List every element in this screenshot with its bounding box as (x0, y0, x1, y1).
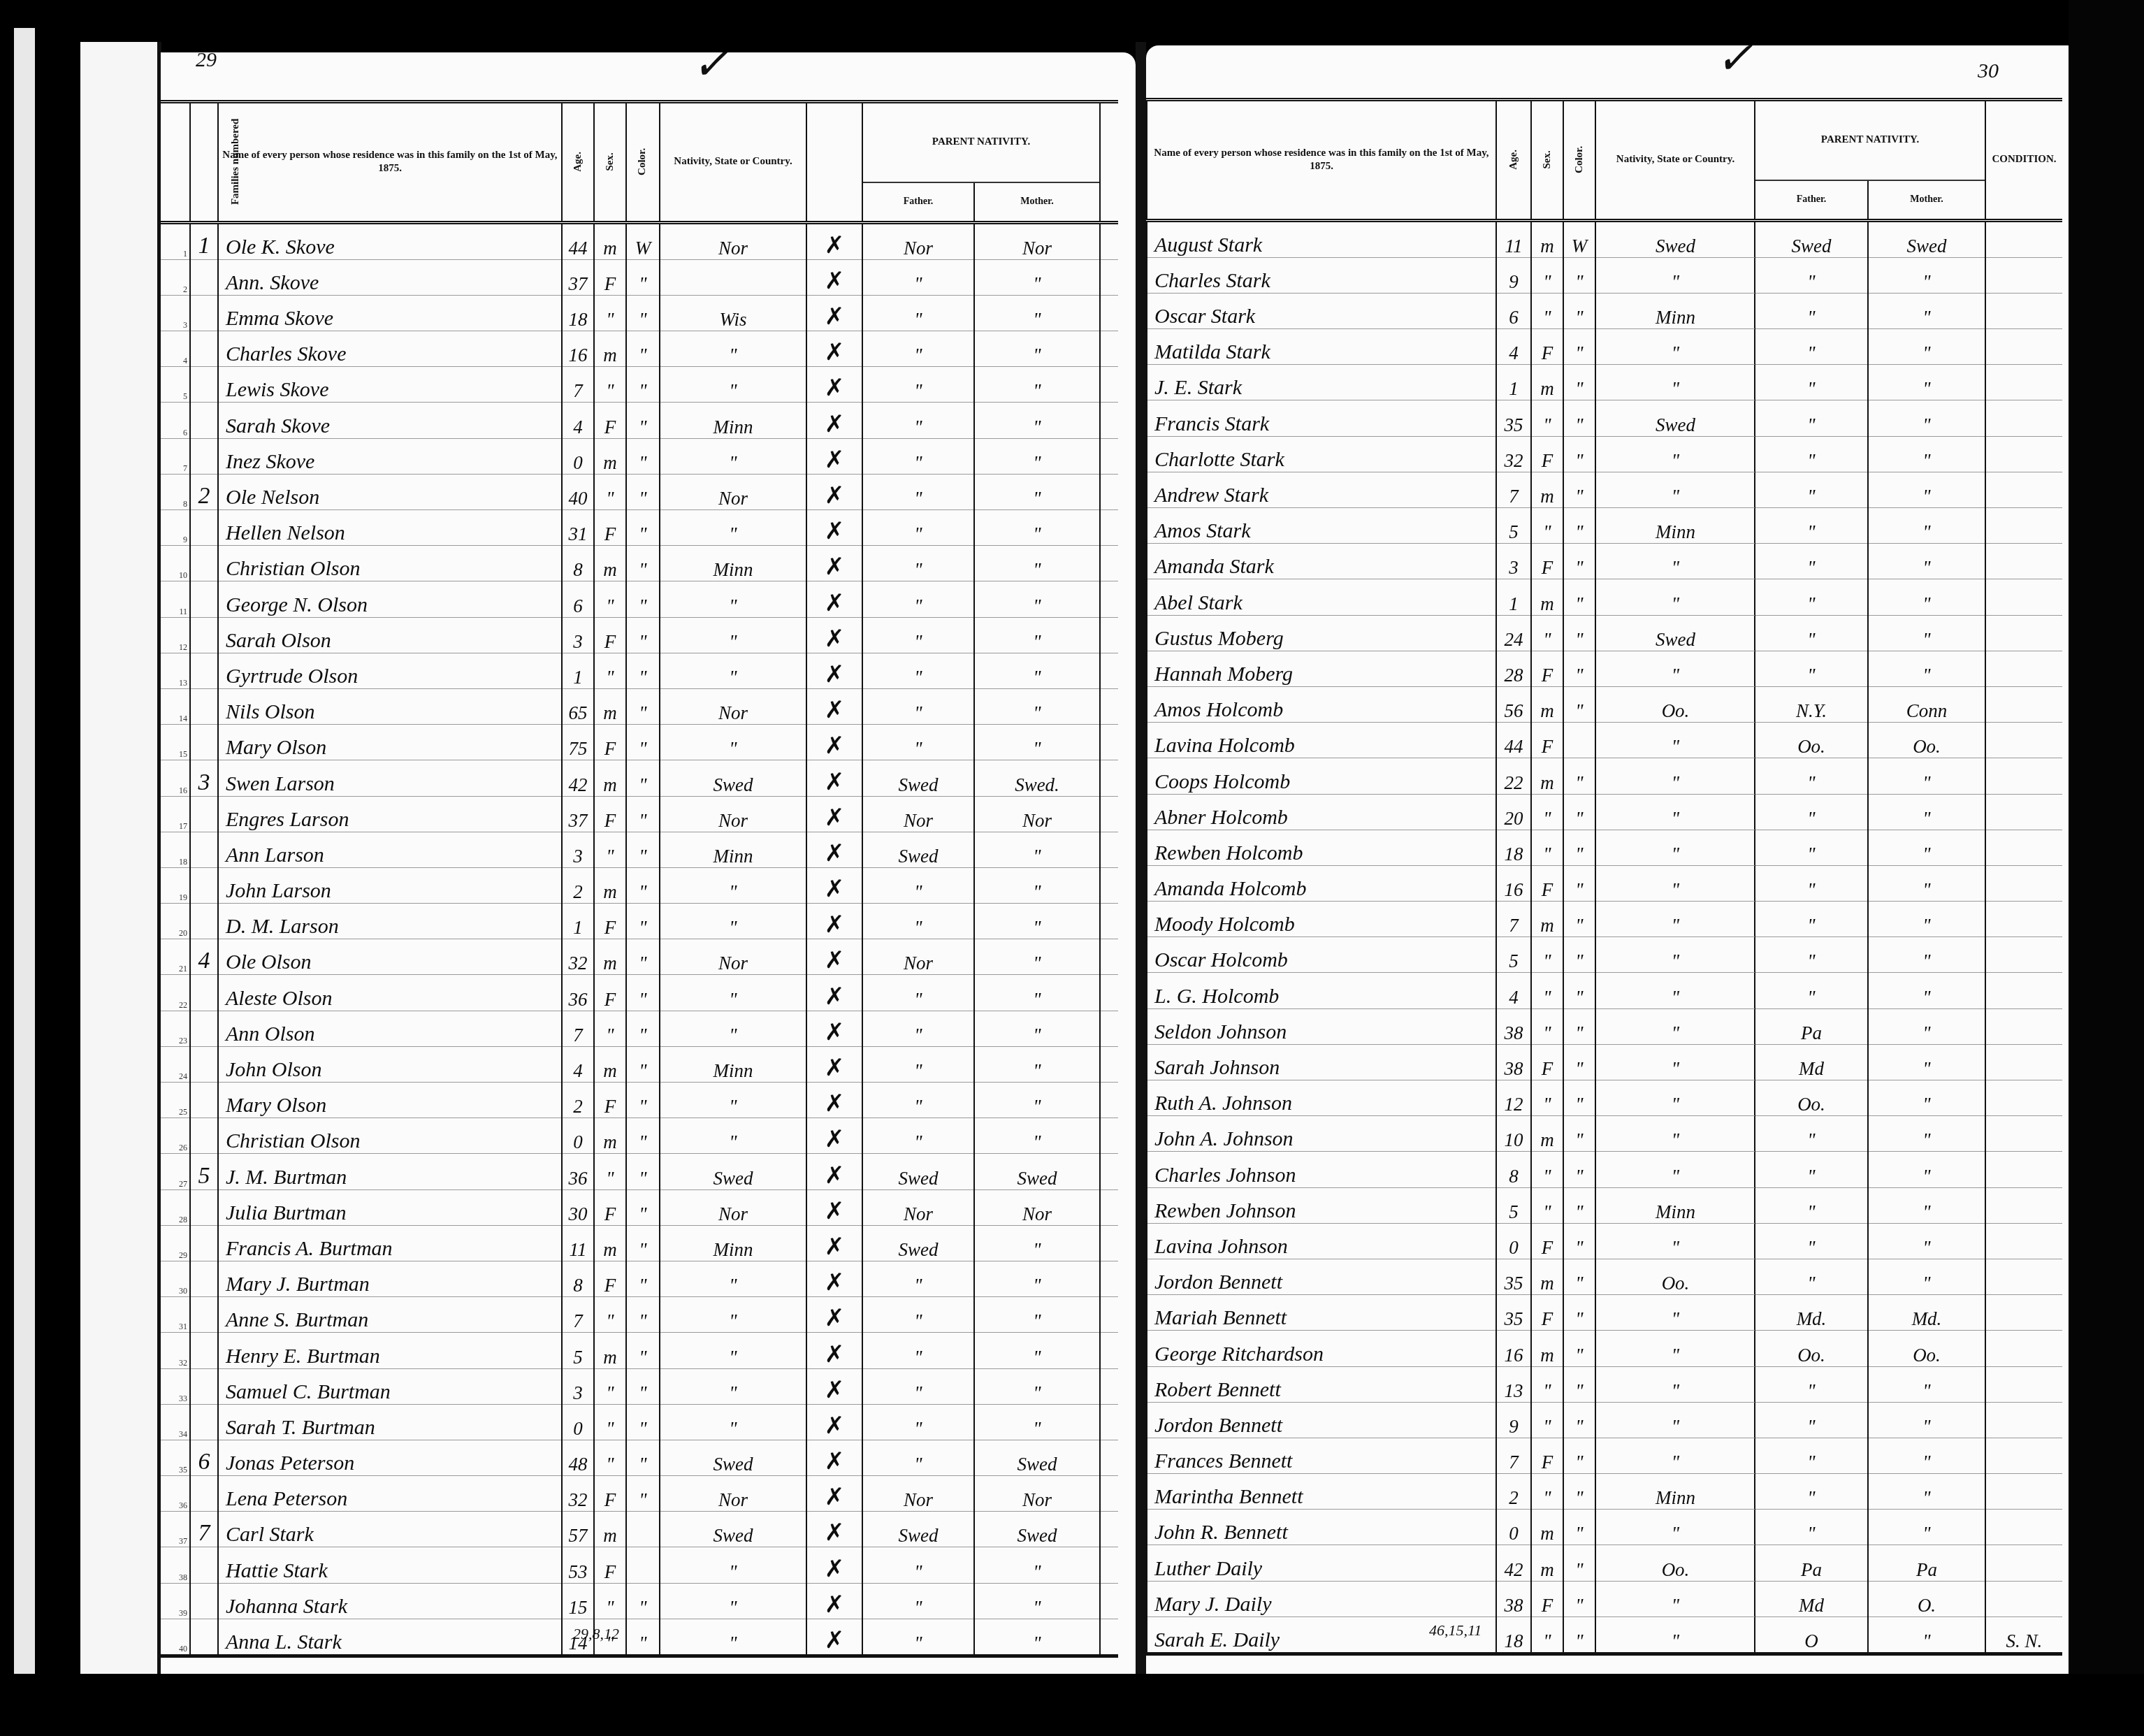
person-name: Anne S. Burtman (218, 1297, 562, 1333)
table-row: Gustus Moberg24""Swed✗"" (1147, 615, 2062, 651)
father-nativity: " (862, 1404, 974, 1440)
table-row: Coops Holcomb22m""✗"" (1147, 758, 2062, 794)
mother-nativity: Nor (974, 1476, 1100, 1512)
table-row: 33Samuel C. Burtman3"""✗"" (161, 1368, 1118, 1404)
age: 40 (562, 474, 594, 509)
father-nativity: " (1755, 1402, 1868, 1438)
color: " (1563, 1510, 1595, 1545)
condition (1985, 973, 2062, 1008)
line-number: 8 (161, 474, 190, 509)
condition: S. N. (1985, 1616, 2062, 1654)
age: 4 (562, 1046, 594, 1082)
line-number: 23 (161, 1011, 190, 1046)
color: " (1563, 508, 1595, 544)
blank-cell (1100, 1368, 1118, 1404)
age: 18 (1496, 1616, 1531, 1654)
mother-nativity: " (974, 1368, 1100, 1404)
father-nativity: " (862, 653, 974, 688)
tally-mark: ✗ (806, 367, 862, 403)
color: " (1563, 1080, 1595, 1116)
tally-mark: ✗ (806, 1154, 862, 1189)
condition (1985, 1545, 2062, 1581)
father-nativity: " (862, 725, 974, 760)
age: 8 (562, 546, 594, 581)
condition (1985, 686, 2062, 722)
line-number: 4 (161, 331, 190, 367)
nativity: " (1595, 1223, 1755, 1259)
nativity: " (1595, 1080, 1755, 1116)
nativity: Minn (660, 832, 806, 867)
color: " (626, 1476, 660, 1512)
nativity: " (1595, 865, 1755, 901)
nativity: " (660, 1333, 806, 1368)
sex: F (594, 510, 626, 546)
age: 7 (562, 1297, 594, 1333)
family-number (190, 1189, 218, 1225)
age: 0 (562, 1118, 594, 1154)
sex: F (1531, 865, 1563, 901)
person-name: Rewben Johnson (1147, 1187, 1496, 1223)
sex: " (1531, 973, 1563, 1008)
family-number (190, 295, 218, 331)
person-name: Lewis Skove (218, 367, 562, 403)
person-name: Seldon Johnson (1147, 1008, 1496, 1044)
condition (1985, 1080, 2062, 1116)
family-number (190, 1333, 218, 1368)
family-number (190, 259, 218, 295)
person-name: Charlotte Stark (1147, 436, 1496, 472)
line-number: 3 (161, 295, 190, 331)
mother-nativity: " (1868, 400, 1985, 436)
family-number: 7 (190, 1512, 218, 1547)
sex: m (1531, 1259, 1563, 1294)
person-name: Andrew Stark (1147, 472, 1496, 507)
color: " (1563, 544, 1595, 579)
nativity: " (1595, 1044, 1755, 1080)
sex: F (594, 1476, 626, 1512)
person-name: Francis Stark (1147, 400, 1496, 436)
mother-nativity: Nor (974, 796, 1100, 832)
blank-cell (1100, 1583, 1118, 1619)
table-row: 4Charles Skove16m""✗"" (161, 331, 1118, 367)
mother-nativity: " (1868, 508, 1985, 544)
blank-cell (1100, 1225, 1118, 1261)
col-sex: Sex. (1531, 100, 1563, 221)
age: 6 (1496, 293, 1531, 328)
age: 44 (1496, 723, 1531, 758)
col-color: Color. (626, 102, 660, 223)
table-row: 19John Larson2m""✗"" (161, 867, 1118, 903)
person-name: Mary Olson (218, 725, 562, 760)
condition (1985, 1438, 2062, 1473)
color: " (1563, 293, 1595, 328)
blank-cell (1100, 1547, 1118, 1583)
condition (1985, 651, 2062, 686)
color: " (1563, 436, 1595, 472)
nativity: Minn (660, 546, 806, 581)
color (1563, 723, 1595, 758)
mother-nativity: " (1868, 293, 1985, 328)
father-nativity: " (1755, 830, 1868, 865)
family-number (190, 1011, 218, 1046)
age: 2 (562, 867, 594, 903)
tally-mark: ✗ (806, 331, 862, 367)
col-name: Name of every person whose residence was… (218, 102, 562, 223)
age: 3 (562, 832, 594, 867)
age: 42 (1496, 1545, 1531, 1581)
condition (1985, 220, 2062, 257)
father-nativity: " (1755, 973, 1868, 1008)
blank-cell (1100, 403, 1118, 438)
mother-nativity: " (974, 1046, 1100, 1082)
age: 20 (1496, 794, 1531, 830)
person-name: Carl Stark (218, 1512, 562, 1547)
sex: m (1531, 758, 1563, 794)
father-nativity: " (1755, 293, 1868, 328)
condition (1985, 1366, 2062, 1402)
blank-cell (1100, 1512, 1118, 1547)
blank-cell (1100, 1011, 1118, 1046)
color: " (1563, 651, 1595, 686)
father-nativity: " (1755, 436, 1868, 472)
table-row: 29Francis A. Burtman11m"Minn✗Swed" (161, 1225, 1118, 1261)
person-name: Abner Holcomb (1147, 794, 1496, 830)
tally-mark: ✗ (806, 1368, 862, 1404)
sex: " (1531, 1366, 1563, 1402)
nativity: " (660, 1297, 806, 1333)
color: " (1563, 758, 1595, 794)
family-number (190, 1083, 218, 1118)
color: " (1563, 830, 1595, 865)
nativity: Minn (1595, 1474, 1755, 1510)
color: " (626, 510, 660, 546)
person-name: L. G. Holcomb (1147, 973, 1496, 1008)
color: " (626, 1011, 660, 1046)
mother-nativity: " (1868, 544, 1985, 579)
person-name: Amanda Holcomb (1147, 865, 1496, 901)
mother-nativity: " (1868, 365, 1985, 400)
mother-nativity: " (974, 295, 1100, 331)
father-nativity: " (1755, 1474, 1868, 1510)
father-nativity: Swed (862, 760, 974, 796)
nativity: " (660, 725, 806, 760)
age: 16 (562, 331, 594, 367)
condition (1985, 400, 2062, 436)
tally-mark: ✗ (806, 1333, 862, 1368)
family-number (190, 1046, 218, 1082)
person-name: Moody Holcomb (1147, 902, 1496, 937)
line-number: 38 (161, 1547, 190, 1583)
family-number (190, 581, 218, 617)
mother-nativity: Md. (1868, 1295, 1985, 1331)
nativity: " (660, 1583, 806, 1619)
person-name: John A. Johnson (1147, 1116, 1496, 1152)
table-row: 40Anna L. Stark14"""✗"" (161, 1619, 1118, 1656)
person-name: Gyrtrude Olson (218, 653, 562, 688)
sex: m (1531, 1545, 1563, 1581)
condition (1985, 257, 2062, 293)
color: " (626, 617, 660, 653)
person-name: John Larson (218, 867, 562, 903)
tally-mark: ✗ (806, 653, 862, 688)
person-name: Sarah Skove (218, 403, 562, 438)
color: " (626, 259, 660, 295)
nativity: " (1595, 1616, 1755, 1654)
nativity: " (660, 438, 806, 474)
table-row: 24John Olson4m"Minn✗"" (161, 1046, 1118, 1082)
tally-mark: ✗ (806, 796, 862, 832)
color: " (1563, 1474, 1595, 1510)
line-number: 19 (161, 867, 190, 903)
table-row: Mariah Bennett35F""✗Md.Md. (1147, 1295, 2062, 1331)
nativity: " (1595, 436, 1755, 472)
sex: " (594, 1440, 626, 1475)
blank-cell (1100, 510, 1118, 546)
color: " (626, 796, 660, 832)
person-name: Gustus Moberg (1147, 615, 1496, 651)
table-row: John R. Bennett0m""✗"" (1147, 1510, 2062, 1545)
nativity: " (660, 1118, 806, 1154)
color: " (1563, 1366, 1595, 1402)
col-condition: CONDITION. (1985, 100, 2062, 221)
sex: " (594, 474, 626, 509)
age: 31 (562, 510, 594, 546)
mother-nativity: " (1868, 1474, 1985, 1510)
mother-nativity: Swed (974, 1154, 1100, 1189)
mother-nativity: " (1868, 902, 1985, 937)
mother-nativity: " (1868, 758, 1985, 794)
father-nativity: Swed (862, 1154, 974, 1189)
age: 38 (1496, 1008, 1531, 1044)
blank-cell (1100, 1046, 1118, 1082)
col-father: Father. (862, 182, 974, 223)
nativity: " (1595, 830, 1755, 865)
nativity: Swed (1595, 220, 1755, 257)
father-nativity: " (1755, 1152, 1868, 1187)
father-nativity: " (1755, 758, 1868, 794)
table-row: Marintha Bennett2""Minn✗"" (1147, 1474, 2062, 1510)
father-nativity: Md (1755, 1044, 1868, 1080)
sex: " (1531, 1187, 1563, 1223)
nativity: Swed (1595, 615, 1755, 651)
table-row: Oscar Stark6""Minn✗"" (1147, 293, 2062, 328)
mother-nativity: " (1868, 1438, 1985, 1473)
tally-mark: ✗ (806, 546, 862, 581)
sex: m (594, 760, 626, 796)
father-nativity: " (1755, 1438, 1868, 1473)
color: " (626, 1440, 660, 1475)
person-name: Samuel C. Burtman (218, 1368, 562, 1404)
condition (1985, 1402, 2062, 1438)
nativity: " (1595, 723, 1755, 758)
family-number (190, 617, 218, 653)
sex: m (594, 331, 626, 367)
mother-nativity: " (974, 259, 1100, 295)
age: 32 (1496, 436, 1531, 472)
col-families: Families numbered (190, 102, 218, 223)
sex: m (1531, 686, 1563, 722)
sex: " (594, 1297, 626, 1333)
blank-cell (1100, 1333, 1118, 1368)
family-number (190, 403, 218, 438)
nativity: Minn (1595, 1187, 1755, 1223)
color: " (626, 832, 660, 867)
col-color: Color. (1563, 100, 1595, 221)
age: 7 (1496, 472, 1531, 507)
nativity: " (660, 1083, 806, 1118)
mother-nativity: " (974, 1619, 1100, 1656)
mother-nativity: " (974, 1583, 1100, 1619)
tally-mark: ✗ (806, 1476, 862, 1512)
mother-nativity: Conn (1868, 686, 1985, 722)
color: " (1563, 937, 1595, 973)
table-row: 20D. M. Larson1F""✗"" (161, 904, 1118, 939)
nativity: Minn (660, 403, 806, 438)
condition (1985, 1331, 2062, 1366)
person-name: Mary J. Burtman (218, 1261, 562, 1296)
sex: " (1531, 400, 1563, 436)
age: 2 (1496, 1474, 1531, 1510)
father-nativity: " (1755, 615, 1868, 651)
tally-mark: ✗ (806, 1440, 862, 1475)
person-name: Engres Larson (218, 796, 562, 832)
age: 35 (1496, 1295, 1531, 1331)
sex: " (594, 295, 626, 331)
tally-mark: ✗ (806, 222, 862, 259)
color: " (626, 1118, 660, 1154)
family-number (190, 1547, 218, 1583)
nativity: " (660, 510, 806, 546)
tally-mark: ✗ (806, 1583, 862, 1619)
sex: " (594, 1583, 626, 1619)
age: 3 (562, 1368, 594, 1404)
line-number: 9 (161, 510, 190, 546)
sex: F (594, 975, 626, 1011)
age: 16 (1496, 1331, 1531, 1366)
family-number (190, 832, 218, 867)
father-nativity: " (1755, 508, 1868, 544)
color: " (626, 474, 660, 509)
sex: F (594, 1083, 626, 1118)
nativity: " (660, 367, 806, 403)
mother-nativity: " (974, 832, 1100, 867)
footer-note: 46,15,11 (1429, 1621, 1482, 1640)
line-number: 18 (161, 832, 190, 867)
color: " (626, 331, 660, 367)
color: " (626, 1261, 660, 1296)
family-number (190, 1404, 218, 1440)
condition (1985, 865, 2062, 901)
person-name: Amos Holcomb (1147, 686, 1496, 722)
color: " (1563, 973, 1595, 1008)
sex: m (594, 1225, 626, 1261)
table-row: Sarah E. Daily18"""✗O"S. N. (1147, 1616, 2062, 1654)
age: 5 (1496, 1187, 1531, 1223)
nativity: " (1595, 1295, 1755, 1331)
blank-cell (1100, 725, 1118, 760)
age: 4 (1496, 329, 1531, 365)
table-row: Amanda Stark3F""✗"" (1147, 544, 2062, 579)
sex: F (1531, 651, 1563, 686)
age: 24 (1496, 615, 1531, 651)
col-father: Father. (1755, 180, 1868, 221)
mother-nativity: " (974, 725, 1100, 760)
color: " (626, 295, 660, 331)
father-nativity: " (862, 474, 974, 509)
condition (1985, 472, 2062, 507)
sex: m (1531, 1510, 1563, 1545)
blank-cell (1100, 760, 1118, 796)
mother-nativity: " (974, 653, 1100, 688)
nativity: " (660, 617, 806, 653)
blank-cell (1100, 1189, 1118, 1225)
sex: " (594, 1154, 626, 1189)
condition (1985, 1008, 2062, 1044)
sex: m (594, 688, 626, 724)
col-mother: Mother. (974, 182, 1100, 223)
line-number: 2 (161, 259, 190, 295)
person-name: Christian Olson (218, 1118, 562, 1154)
age: 57 (562, 1512, 594, 1547)
table-row: Matilda Stark4F""✗"" (1147, 329, 2062, 365)
age: 9 (1496, 1402, 1531, 1438)
sex: " (1531, 830, 1563, 865)
tally-mark: ✗ (806, 403, 862, 438)
table-row: L. G. Holcomb4"""✗"" (1147, 973, 2062, 1008)
age: 7 (1496, 902, 1531, 937)
age: 7 (562, 1011, 594, 1046)
person-name: Hattie Stark (218, 1547, 562, 1583)
line-number: 6 (161, 403, 190, 438)
father-nativity: " (1755, 579, 1868, 615)
father-nativity: " (862, 367, 974, 403)
line-number: 17 (161, 796, 190, 832)
table-row: Frances Bennett7F""✗"" (1147, 1438, 2062, 1473)
mother-nativity: " (974, 688, 1100, 724)
mother-nativity: " (1868, 1080, 1985, 1116)
nativity: Swed (660, 760, 806, 796)
color (626, 1547, 660, 1583)
tally-mark: ✗ (806, 1118, 862, 1154)
father-nativity: Nor (862, 796, 974, 832)
father-nativity: " (1755, 544, 1868, 579)
color: " (626, 939, 660, 975)
condition (1985, 1259, 2062, 1294)
age: 1 (562, 904, 594, 939)
table-row: 82Ole Nelson40""Nor✗"" (161, 474, 1118, 509)
table-row: Amos Holcomb56m"Oo.✗N.Y.Conn (1147, 686, 2062, 722)
table-row: 32Henry E. Burtman5m""✗"" (161, 1333, 1118, 1368)
line-number: 27 (161, 1154, 190, 1189)
blank-cell (1100, 259, 1118, 295)
table-row: 377Carl Stark57mSwed✗SwedSwed (161, 1512, 1118, 1547)
nativity: Swed (660, 1512, 806, 1547)
father-nativity: " (1755, 365, 1868, 400)
color: W (626, 222, 660, 259)
color: " (626, 1225, 660, 1261)
color: " (626, 688, 660, 724)
condition (1985, 508, 2062, 544)
nativity: " (1595, 257, 1755, 293)
table-row: Abner Holcomb20"""✗"" (1147, 794, 2062, 830)
tally-mark: ✗ (806, 725, 862, 760)
tally-mark: ✗ (806, 510, 862, 546)
condition (1985, 794, 2062, 830)
tally-mark: ✗ (806, 438, 862, 474)
color: " (626, 1619, 660, 1656)
mother-nativity: " (974, 904, 1100, 939)
sex: m (1531, 365, 1563, 400)
